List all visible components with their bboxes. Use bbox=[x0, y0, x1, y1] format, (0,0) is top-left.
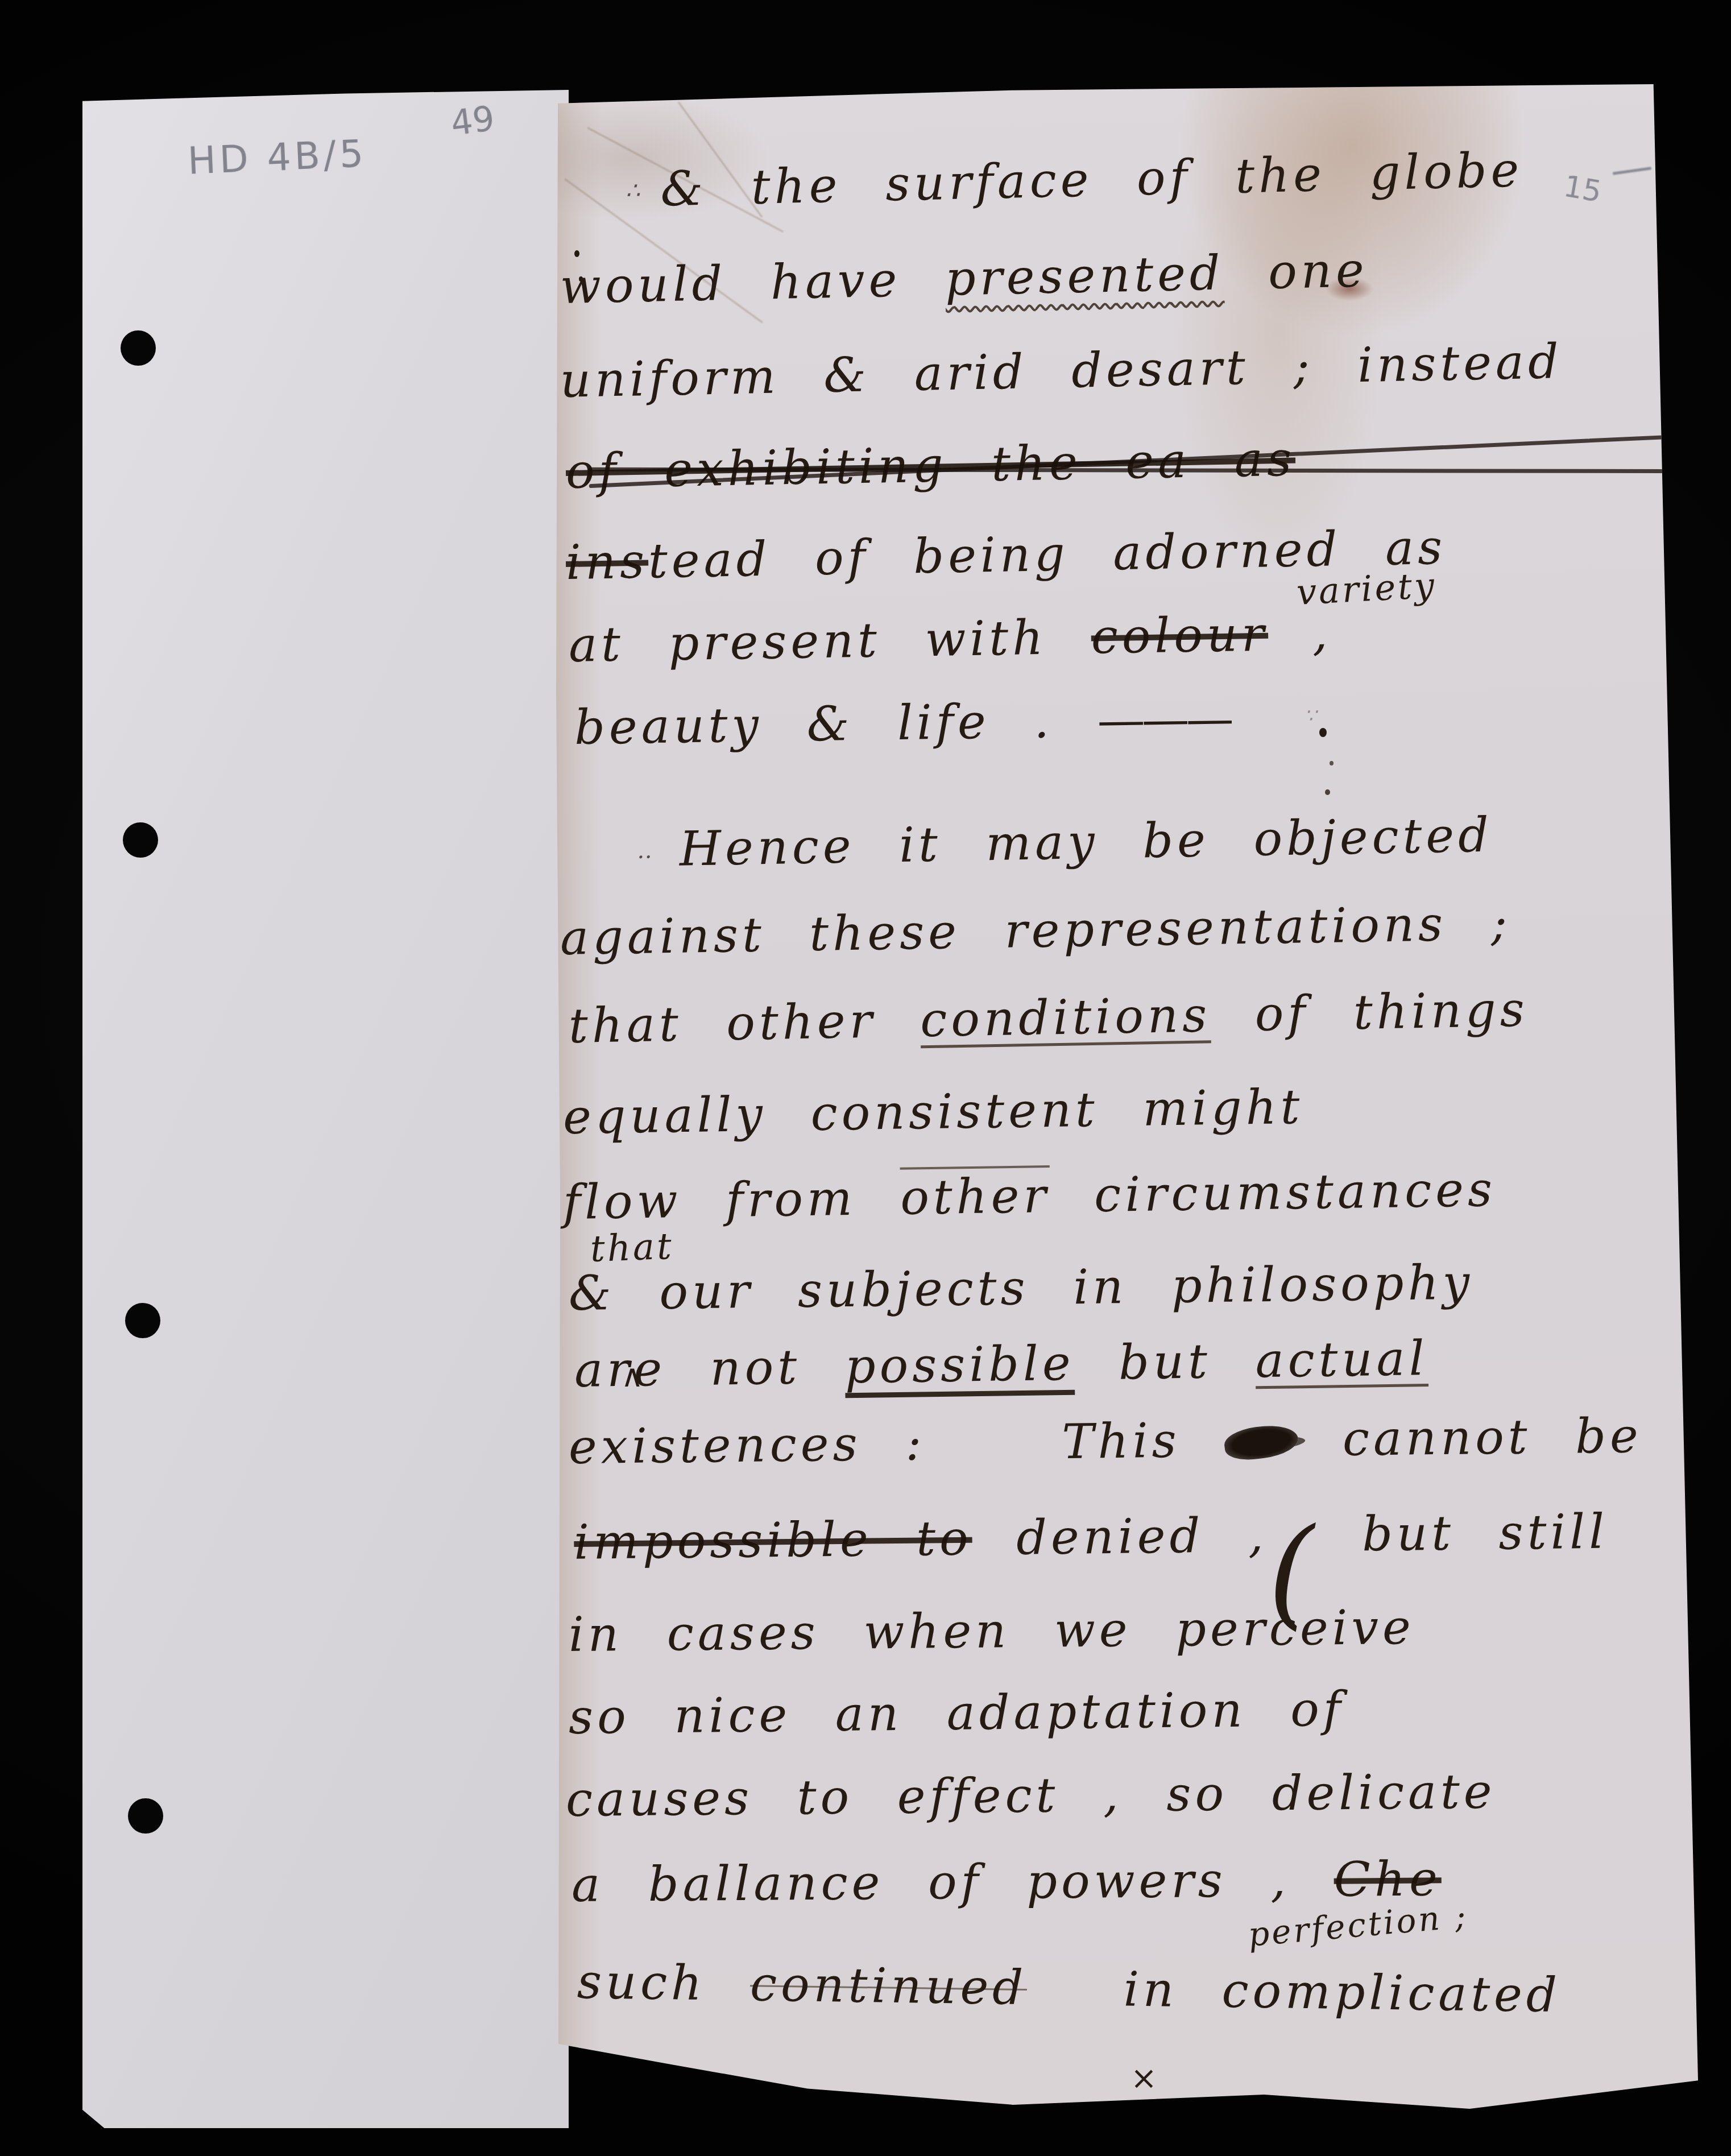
ms-word bbox=[641, 206, 661, 206]
manuscript-line-11: equally consistent might bbox=[562, 1079, 1304, 1145]
ms-word: against these representations ; bbox=[560, 895, 1511, 966]
manuscript-line-2: would have presented one bbox=[560, 242, 1369, 314]
manuscript-line-15: existences :This cannot be bbox=[568, 1408, 1642, 1475]
punch-hole-4 bbox=[128, 1798, 163, 1834]
ink-speck bbox=[1330, 761, 1334, 765]
ms-word: ∴ bbox=[626, 177, 641, 204]
ink-speck bbox=[1325, 789, 1330, 795]
ms-word: of things bbox=[1210, 982, 1529, 1043]
ms-word: This bbox=[1062, 1412, 1225, 1470]
interlinear-insertion-3: ∧ bbox=[621, 1358, 646, 1394]
ms-word: & the surface of the globe bbox=[660, 142, 1523, 217]
ms-word: equally consistent might bbox=[562, 1079, 1304, 1145]
photo-background: HD 4B/5 49 15 ∴& the surface of the glob… bbox=[0, 0, 1731, 2156]
ms-word: one bbox=[1223, 242, 1368, 300]
ms-word: & our subjects in philosophy bbox=[568, 1255, 1473, 1321]
ms-word: , bbox=[1268, 605, 1332, 662]
ink-blot bbox=[1223, 1422, 1300, 1463]
interlinear-insertion-5: × bbox=[1130, 2060, 1159, 2097]
ms-word: conditions bbox=[920, 987, 1211, 1048]
ms-word: a ballance of powers , bbox=[572, 1852, 1334, 1913]
manuscript-line-3: uniform & arid desart ; instead bbox=[560, 333, 1563, 408]
ms-word: actual bbox=[1255, 1330, 1428, 1388]
ms-word: presented bbox=[945, 245, 1225, 307]
ms-word: ins bbox=[565, 533, 649, 590]
ms-word: cannot be bbox=[1298, 1408, 1643, 1467]
left-blank-sheet: HD 4B/5 49 bbox=[82, 90, 569, 2128]
manuscript-line-12: flow from other circumstances bbox=[562, 1161, 1496, 1230]
ms-word: causes to effect , so delicate bbox=[566, 1764, 1496, 1827]
archive-reference: HD 4B/5 bbox=[187, 131, 367, 183]
ms-word: of exhibiting the ea as bbox=[565, 431, 1296, 499]
manuscript-line-18: so nice an adaptation of bbox=[568, 1681, 1345, 1745]
punch-hole-2 bbox=[123, 822, 158, 858]
ms-word: flow from bbox=[562, 1170, 901, 1230]
pencil-overline-dash bbox=[1613, 167, 1651, 175]
page-number: 15 bbox=[1561, 169, 1604, 210]
manuscript-line-20: a ballance of powers , Che bbox=[572, 1851, 1442, 1913]
ms-word: beauty & life . bbox=[574, 692, 1098, 755]
ms-word: other bbox=[900, 1168, 1051, 1226]
ms-word: Hence it may be objected bbox=[679, 807, 1493, 877]
manuscript-line-8: ‥Hence it may be objected bbox=[636, 807, 1493, 878]
ms-word bbox=[1027, 2004, 1124, 2005]
manuscript-line-4: of exhibiting the ea as bbox=[565, 424, 1708, 499]
ms-word: impossible to bbox=[574, 1510, 972, 1570]
ms-word bbox=[1231, 734, 1305, 735]
ms-word: possible bbox=[844, 1335, 1075, 1394]
ms-word: ——— bbox=[1097, 690, 1231, 748]
ms-word bbox=[926, 1458, 1062, 1460]
ms-word: in complicated bbox=[1123, 1961, 1561, 2023]
ms-word: so nice an adaptation of bbox=[568, 1681, 1345, 1745]
manuscript-sheet: 15 ∴& the surface of the globewould have… bbox=[556, 84, 1698, 2109]
ms-word: ∵ bbox=[1304, 705, 1320, 727]
ms-word: but bbox=[1074, 1333, 1256, 1391]
ms-word bbox=[653, 866, 680, 866]
manuscript-line-1: ∴& the surface of the globe bbox=[625, 142, 1523, 218]
ms-word: Che bbox=[1334, 1851, 1442, 1907]
punch-hole-3 bbox=[125, 1303, 160, 1338]
ms-word: would have bbox=[560, 251, 946, 314]
ms-word: that other bbox=[568, 992, 921, 1054]
ms-word: denied , bbox=[972, 1507, 1268, 1566]
ms-word: ‥ bbox=[637, 838, 653, 864]
folio-number: 49 bbox=[449, 99, 496, 144]
manuscript-line-21: such continuedin complicated bbox=[577, 1954, 1561, 2023]
ms-word: in cases when we perceive bbox=[569, 1599, 1415, 1662]
ms-word: colour bbox=[1091, 606, 1269, 665]
ms-word: are not bbox=[574, 1338, 845, 1398]
interlinear-insertion-1: variety bbox=[1295, 564, 1438, 613]
ms-word: but still bbox=[1318, 1504, 1608, 1562]
ms-word: circumstances bbox=[1050, 1161, 1497, 1223]
interlinear-insertion-2: that bbox=[590, 1226, 674, 1271]
punch-hole-1 bbox=[121, 330, 156, 366]
manuscript-line-10: that other conditions of things bbox=[568, 982, 1529, 1054]
manuscript-line-19: causes to effect , so delicate bbox=[566, 1764, 1496, 1827]
manuscript-line-13: & our subjects in philosophy bbox=[568, 1255, 1473, 1321]
manuscript-text: ∴& the surface of the globewould have pr… bbox=[556, 84, 1698, 140]
manuscript-line-7: beauty & life . ———∵ bbox=[574, 689, 1321, 755]
manuscript-line-17: in cases when we perceive bbox=[569, 1599, 1415, 1662]
manuscript-line-14: are not possible but actual bbox=[574, 1330, 1428, 1398]
ms-word: existences : bbox=[568, 1415, 925, 1475]
manuscript-line-6: at present with colour , bbox=[568, 605, 1332, 673]
ms-word: uniform & arid desart ; instead bbox=[560, 333, 1563, 408]
ms-word: such bbox=[577, 1954, 750, 2012]
ink-speck bbox=[574, 250, 579, 257]
ms-word: at present with bbox=[568, 609, 1091, 673]
manuscript-line-9: against these representations ; bbox=[560, 895, 1511, 966]
ms-word: continued bbox=[749, 1956, 1027, 2016]
